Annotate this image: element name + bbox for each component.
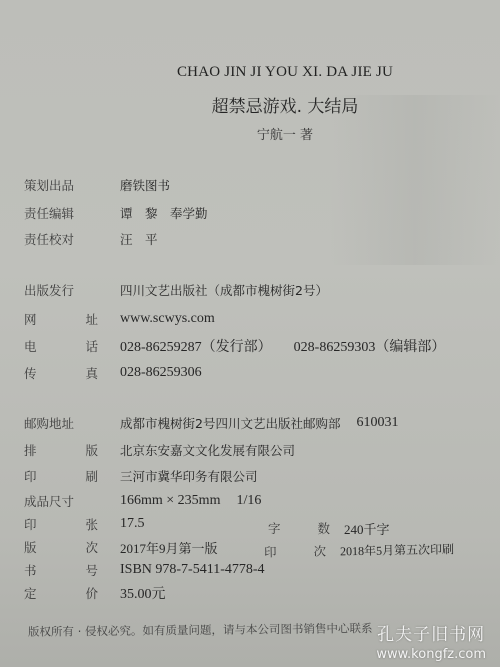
- price-label: 定 价: [24, 584, 98, 602]
- label-char: 印: [264, 542, 277, 560]
- label-char: 网: [24, 310, 37, 328]
- isbn-row: 书 号 ISBN 978-7-5411-4778-4: [24, 560, 265, 580]
- copyright-page: CHAO JIN JI YOU XI. DA JIE JU 超禁忌游戏. 大结局…: [0, 0, 500, 667]
- label-char: 定: [24, 584, 37, 602]
- size-label: 成品尺寸: [24, 492, 98, 510]
- kongfz-watermark: 孔夫子旧书网 www.kongfz.com: [376, 620, 486, 662]
- label-char: 张: [85, 515, 98, 533]
- show-through-shadow: [330, 95, 500, 265]
- watermark-url: www.kongfz.com: [376, 647, 486, 662]
- credit-label: 责任校对: [24, 230, 98, 248]
- website-value: www.scwys.com: [120, 311, 215, 327]
- impression-value: 2018年5月第五次印刷: [340, 540, 454, 559]
- mail-order-label: 邮购地址: [24, 414, 98, 432]
- word-count-label: 字 数: [268, 519, 330, 537]
- size-value: 166mm × 235mm: [120, 493, 220, 509]
- phone-value-sales: 028-86259287（发行部）: [120, 336, 272, 356]
- copyright-notice: 版权所有 · 侵权必究。如有质量问题，请与本公司图书销售中心联系: [28, 620, 373, 640]
- typesetting-value: 北京东安嘉文文化发展有限公司: [120, 441, 295, 459]
- label-char: 版: [24, 538, 37, 556]
- credit-label: 策划出品: [24, 176, 98, 194]
- label-char: 数: [317, 519, 330, 537]
- label-char: 传: [24, 364, 37, 382]
- author: 宁航一 著: [0, 124, 500, 143]
- credit-row-editor: 责任编辑 谭 黎 奉学勤: [24, 203, 208, 223]
- fax-value: 028-86259306: [120, 365, 202, 381]
- publisher-label: 出版发行: [24, 281, 98, 299]
- label-char: 印: [24, 515, 37, 533]
- label-char: 真: [85, 364, 98, 382]
- price-value: 35.00元: [120, 583, 166, 603]
- label-char: 次: [313, 542, 326, 560]
- label-char: 印: [24, 467, 37, 485]
- publisher-value: 四川文艺出版社（成都市槐树街2号）: [120, 281, 328, 299]
- publisher-row: 出版发行 四川文艺出版社（成都市槐树街2号）: [24, 280, 328, 300]
- label-char: 刷: [85, 467, 98, 485]
- edition-value: 2017年9月第一版: [120, 538, 218, 557]
- phone-label: 电 话: [24, 337, 98, 355]
- impression-row: 印 次 2018年5月第五次印刷: [264, 538, 454, 561]
- label-char: 址: [85, 310, 98, 328]
- edition-row: 版 次 2017年9月第一版: [24, 537, 218, 557]
- website-label: 网 址: [24, 310, 98, 328]
- credit-label: 责任编辑: [24, 204, 98, 222]
- credit-row-proofreader: 责任校对 汪 平: [24, 229, 158, 249]
- printing-value: 三河市冀华印务有限公司: [120, 467, 258, 485]
- label-char: 话: [85, 337, 98, 355]
- credit-value: 谭 黎 奉学勤: [120, 204, 208, 222]
- price-row: 定 价 35.00元: [24, 583, 166, 603]
- word-count-value: 240千字: [344, 519, 390, 538]
- typesetting-row: 排 版 北京东安嘉文文化发展有限公司: [24, 440, 295, 460]
- phone-value-editorial: 028-86259303（编辑部）: [294, 336, 446, 356]
- size-row: 成品尺寸 166mm × 235mm 1/16: [24, 491, 261, 511]
- label-char: 字: [268, 519, 281, 537]
- title-chinese: 超禁忌游戏. 大结局: [0, 92, 500, 117]
- credit-value: 汪 平: [120, 230, 158, 248]
- isbn-value: ISBN 978-7-5411-4778-4: [120, 562, 265, 578]
- label-char: 价: [85, 584, 98, 602]
- typesetting-label: 排 版: [24, 441, 98, 459]
- label-char: 号: [85, 561, 98, 579]
- sheets-label: 印 张: [24, 515, 98, 533]
- sheets-value: 17.5: [120, 516, 145, 532]
- watermark-name: 孔夫子旧书网: [376, 620, 486, 645]
- title-pinyin: CHAO JIN JI YOU XI. DA JIE JU: [0, 64, 500, 81]
- website-row: 网 址 www.scwys.com: [24, 309, 215, 329]
- label-char: 电: [24, 337, 37, 355]
- edition-label: 版 次: [24, 538, 98, 556]
- mail-order-value: 成都市槐树街2号四川文艺出版社邮购部: [120, 414, 340, 432]
- fax-row: 传 真 028-86259306: [24, 363, 202, 383]
- label-char: 排: [24, 441, 37, 459]
- isbn-label: 书 号: [24, 561, 98, 579]
- label-char: 次: [85, 538, 98, 556]
- label-char: 版: [85, 441, 98, 459]
- credit-value: 磨铁图书: [120, 176, 170, 194]
- printing-row: 印 刷 三河市冀华印务有限公司: [24, 466, 258, 486]
- postcode: 610031: [356, 415, 398, 431]
- phone-row: 电 话 028-86259287（发行部） 028-86259303（编辑部）: [24, 336, 445, 356]
- impression-label: 印 次: [264, 542, 326, 561]
- printing-label: 印 刷: [24, 467, 98, 485]
- word-count-row: 字 数 240千字: [268, 518, 390, 538]
- credit-row-planner: 策划出品 磨铁图书: [24, 175, 170, 195]
- format-value: 1/16: [236, 493, 261, 509]
- label-char: 书: [24, 561, 37, 579]
- sheets-row: 印 张 17.5: [24, 514, 145, 534]
- mail-order-row: 邮购地址 成都市槐树街2号四川文艺出版社邮购部 610031: [24, 413, 398, 433]
- fax-label: 传 真: [24, 364, 98, 382]
